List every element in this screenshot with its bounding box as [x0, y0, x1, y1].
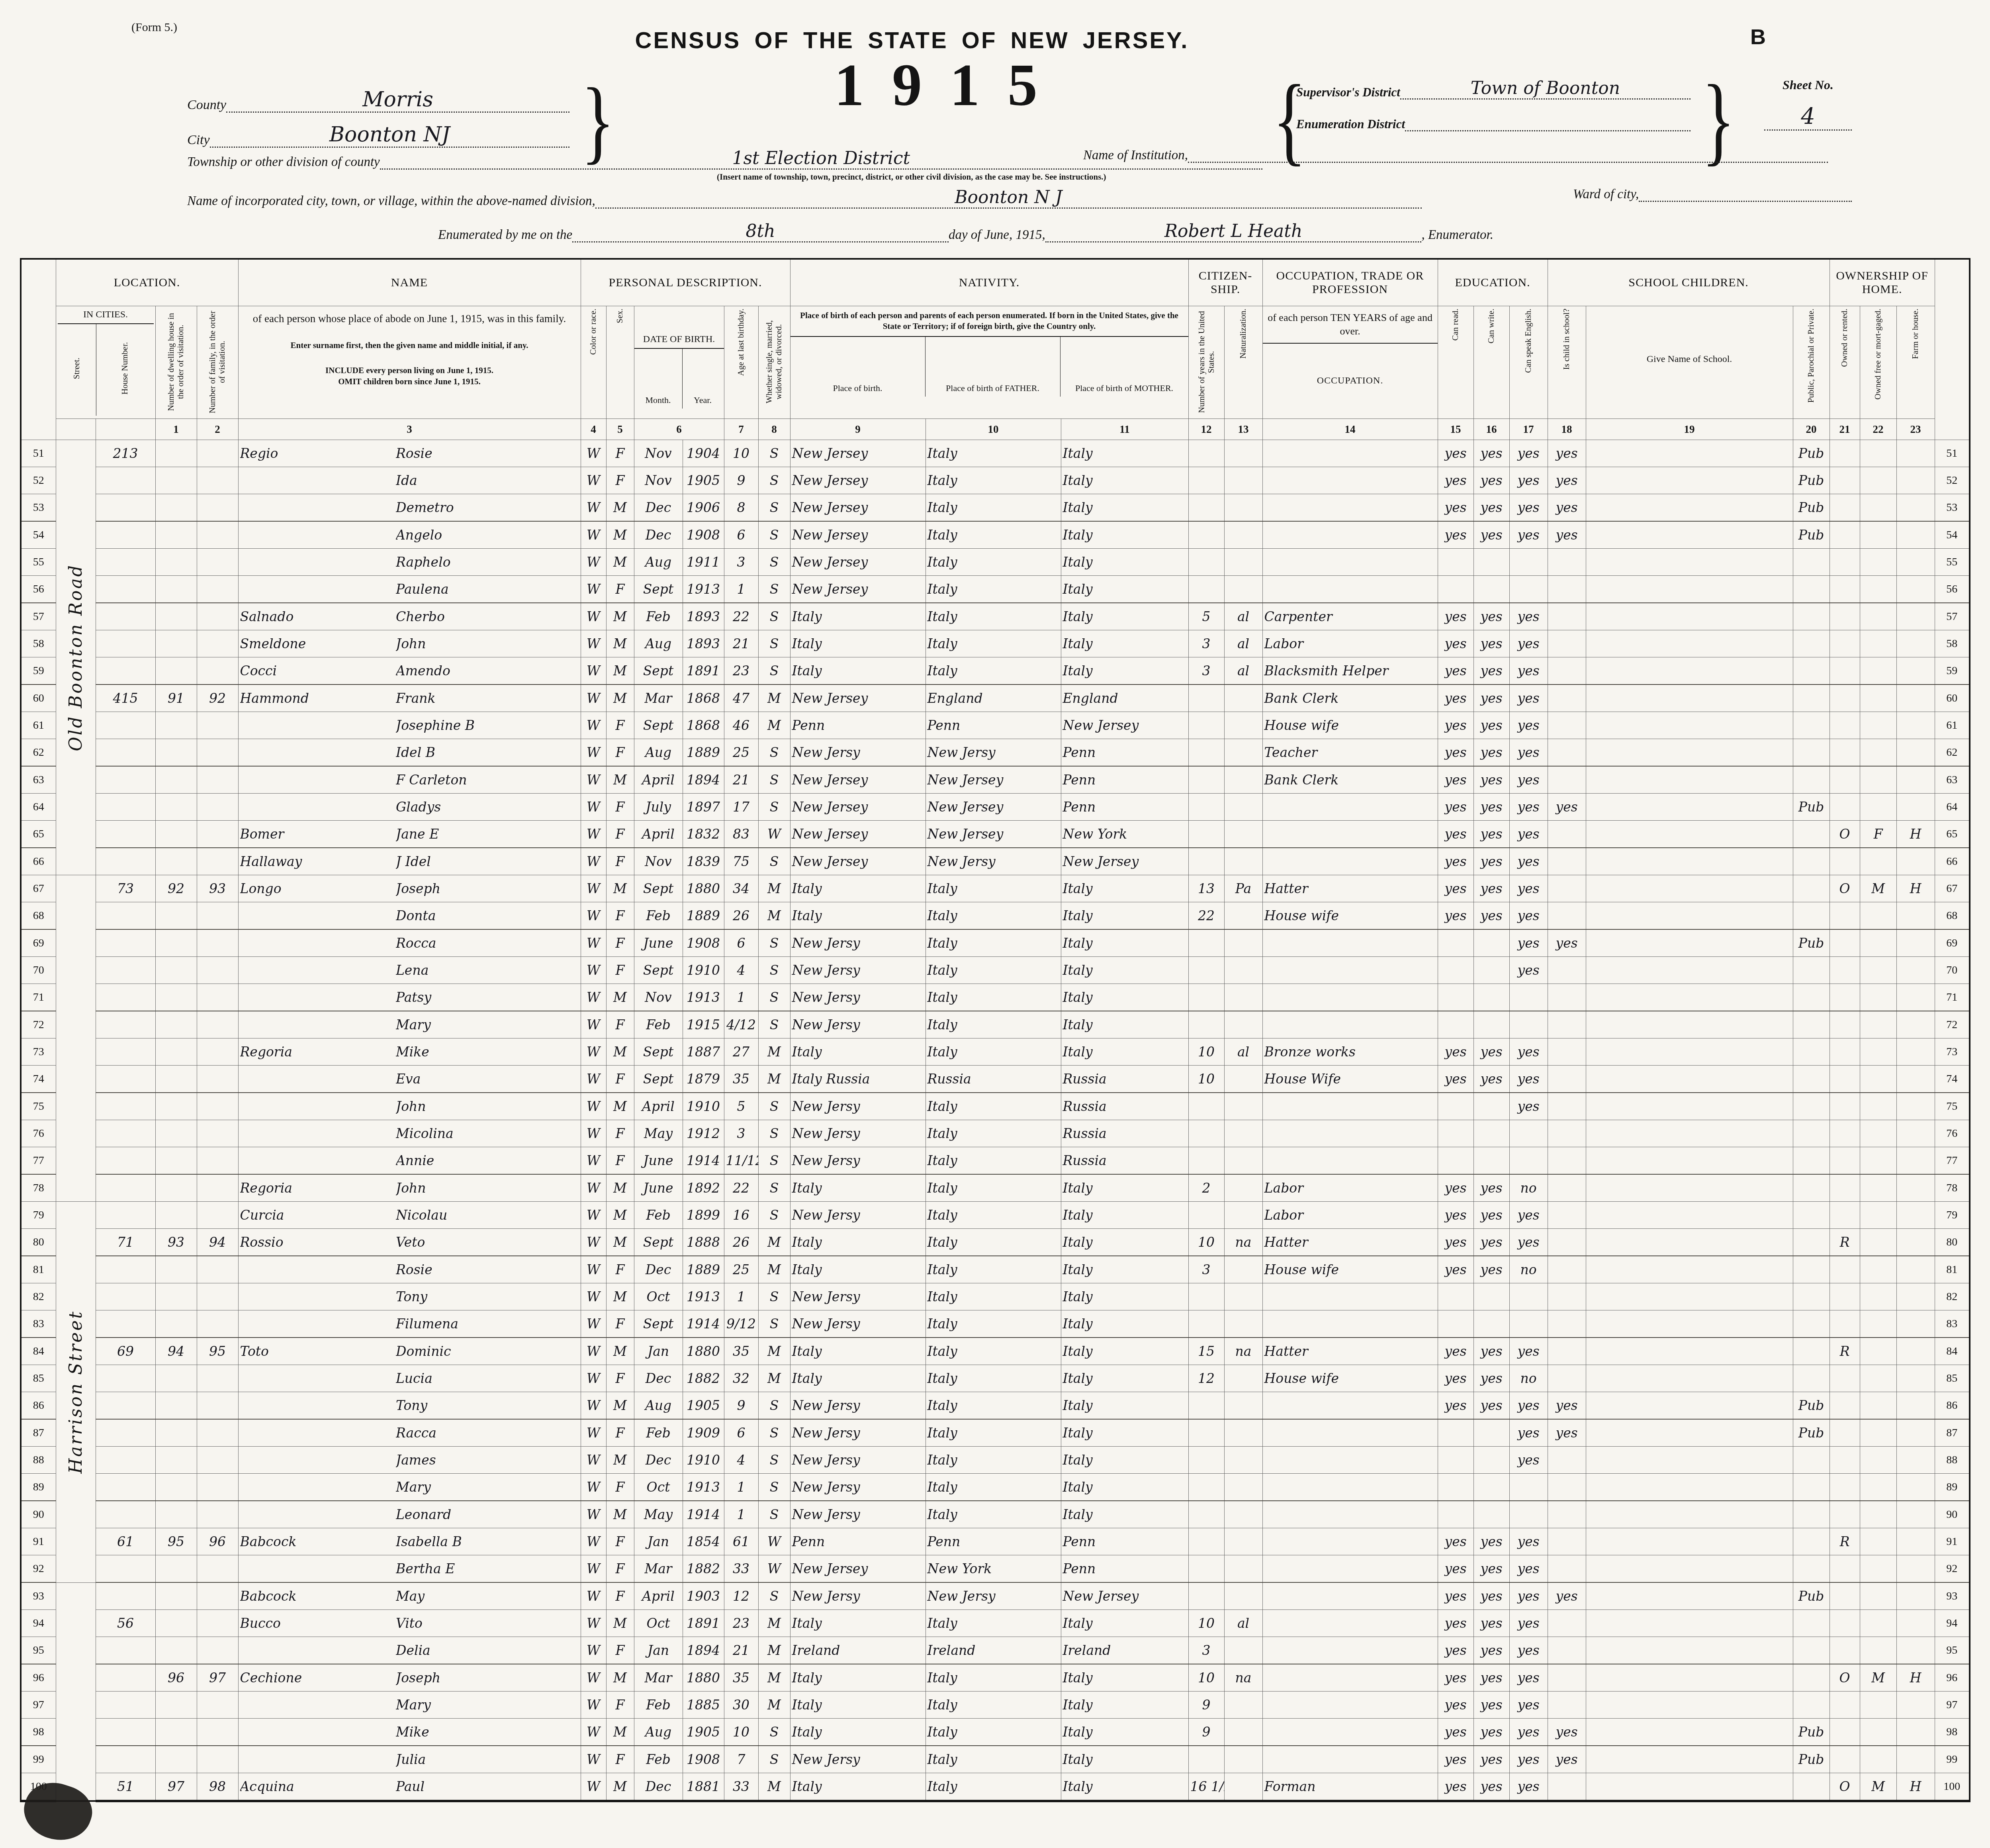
row-number-right: 92: [1935, 1555, 1970, 1583]
cell-mother-birthplace: Italy: [1061, 440, 1188, 467]
cell-farm-house: [1896, 1229, 1935, 1256]
cell-school-type: Pub: [1793, 1719, 1830, 1746]
row-number-right: 94: [1935, 1610, 1970, 1637]
cell-farm-house: [1896, 712, 1935, 739]
cell-sex: F: [606, 1528, 634, 1555]
cell-farm-house: [1896, 1637, 1935, 1664]
table-row: 57SalnadoCherboWMFeb189322SItalyItalyIta…: [21, 603, 1970, 630]
colnum-5: 5: [606, 419, 634, 440]
row-number-right: 51: [1935, 440, 1970, 467]
cell-place-of-birth: Italy: [790, 1256, 926, 1283]
cell-sex: M: [606, 1501, 634, 1528]
cell-mother-birthplace: Italy: [1061, 902, 1188, 930]
cell-mortgaged: [1860, 1447, 1896, 1474]
cell-can-write: [1473, 929, 1509, 957]
cell-naturalization: [1224, 1256, 1262, 1283]
cell-birth-year: 1894: [683, 1637, 724, 1664]
incorporated-line: Name of incorporated city, town, or vill…: [187, 187, 1422, 209]
cell-color-race: W: [581, 848, 606, 875]
cell-owned-rented: [1830, 1365, 1860, 1392]
cell-sex: F: [606, 1120, 634, 1147]
cell-birth-month: Feb: [634, 1011, 683, 1038]
cell-marital-status: M: [758, 875, 790, 902]
cell-can-write: [1473, 1120, 1509, 1147]
cell-mother-birthplace: Italy: [1061, 1392, 1188, 1420]
cell-birth-year: 1881: [683, 1773, 724, 1801]
table-row: 80719394RossioVetoWMSept188826MItalyItal…: [21, 1229, 1970, 1256]
cell-in-school: [1548, 1610, 1586, 1637]
cell-mother-birthplace: Italy: [1061, 549, 1188, 576]
cell-birth-year: 1839: [683, 848, 724, 875]
cell-father-birthplace: Italy: [926, 984, 1061, 1011]
cell-owned-rented: [1830, 576, 1860, 603]
row-number-left: 54: [21, 521, 56, 549]
cell-house-number: 61: [96, 1528, 155, 1555]
table-row: 56PaulenaWFSept19131SNew JerseyItalyItal…: [21, 576, 1970, 603]
cell-farm-house: [1896, 1174, 1935, 1202]
group-ownership: OWNERSHIP OF HOME.: [1830, 259, 1935, 306]
cell-years-in-us: [1188, 821, 1224, 848]
sheet-number-label: Sheet No.: [1764, 78, 1852, 92]
cell-mother-birthplace: Italy: [1061, 1719, 1188, 1746]
table-row: 87RaccaWFFeb19096SNew JersyItalyItalyyes…: [21, 1419, 1970, 1447]
cell-can-read: yes: [1438, 1338, 1473, 1365]
cell-birth-month: Dec: [634, 1365, 683, 1392]
cell-school-name: [1586, 1147, 1793, 1175]
cell-can-speak-english: yes: [1509, 630, 1548, 657]
cell-mortgaged: [1860, 712, 1896, 739]
cell-house-number: 73: [96, 875, 155, 902]
cell-name: LongoJoseph: [238, 875, 581, 902]
cell-birth-month: Feb: [634, 1419, 683, 1447]
cell-sex: M: [606, 657, 634, 685]
cell-can-read: yes: [1438, 1664, 1473, 1692]
cell-can-write: yes: [1473, 794, 1509, 821]
cell-can-write: [1473, 1474, 1509, 1501]
cell-school-type: [1793, 1447, 1830, 1474]
cell-marital-status: S: [758, 1120, 790, 1147]
cell-mother-birthplace: Penn: [1061, 794, 1188, 821]
cell-farm-house: [1896, 1338, 1935, 1365]
cell-father-birthplace: Italy: [926, 1256, 1061, 1283]
cell-birth-year: 1879: [683, 1066, 724, 1093]
cell-age: 11/12: [724, 1147, 758, 1175]
cell-father-birthplace: Italy: [926, 1202, 1061, 1229]
cell-birth-month: June: [634, 1147, 683, 1175]
cell-years-in-us: [1188, 766, 1224, 794]
cell-in-school: yes: [1548, 494, 1586, 522]
cell-naturalization: [1224, 684, 1262, 712]
cell-birth-year: 1908: [683, 929, 724, 957]
cell-can-write: yes: [1473, 1338, 1509, 1365]
cell-given-name: Nicolau: [396, 1207, 579, 1223]
cell-mother-birthplace: Penn: [1061, 739, 1188, 767]
cell-years-in-us: [1188, 929, 1224, 957]
cell-given-name: John: [396, 636, 579, 651]
cell-family-number: [197, 1719, 238, 1746]
cell-can-speak-english: [1509, 1120, 1548, 1147]
cell-father-birthplace: Italy: [926, 1011, 1061, 1038]
cell-birth-year: 1914: [683, 1501, 724, 1528]
page-title: CENSUS OF THE STATE OF NEW JERSEY.: [569, 27, 1254, 54]
cell-birth-month: Feb: [634, 603, 683, 630]
cell-house-number: [96, 1555, 155, 1583]
cell-naturalization: na: [1224, 1664, 1262, 1692]
enumerator-value: Robert L Heath: [1153, 221, 1314, 241]
cell-birth-year: 1906: [683, 494, 724, 522]
cell-marital-status: S: [758, 1392, 790, 1420]
cell-name: Mary: [238, 1474, 581, 1501]
cell-school-name: [1586, 1419, 1793, 1447]
cell-years-in-us: [1188, 1474, 1224, 1501]
cell-father-birthplace: New Jersey: [926, 794, 1061, 821]
cell-sex: M: [606, 875, 634, 902]
cell-place-of-birth: New Jersy: [790, 957, 926, 984]
row-number-right: 73: [1935, 1038, 1970, 1066]
cell-birth-month: Feb: [634, 1692, 683, 1719]
cell-farm-house: [1896, 1202, 1935, 1229]
cell-school-name: [1586, 467, 1793, 494]
cell-can-write: yes: [1473, 1719, 1509, 1746]
cell-dwelling-number: 93: [155, 1229, 197, 1256]
cell-dwelling-number: [155, 712, 197, 739]
cell-can-speak-english: yes: [1509, 875, 1548, 902]
cell-school-type: [1793, 1038, 1830, 1066]
header-place-of-birth-father: Place of birth of FATHER.: [925, 337, 1060, 397]
cell-family-number: [197, 1610, 238, 1637]
cell-naturalization: na: [1224, 1338, 1262, 1365]
cell-age: 5: [724, 1093, 758, 1120]
cell-can-write: yes: [1473, 902, 1509, 930]
cell-mortgaged: [1860, 1692, 1896, 1719]
cell-can-speak-english: no: [1509, 1174, 1548, 1202]
cell-dwelling-number: [155, 1692, 197, 1719]
cell-street: [56, 875, 96, 1202]
group-school-children: SCHOOL CHILDREN.: [1548, 259, 1830, 306]
cell-owned-rented: [1830, 1202, 1860, 1229]
cell-family-number: [197, 521, 238, 549]
cell-family-number: [197, 1147, 238, 1175]
row-number-left: 83: [21, 1310, 56, 1338]
cell-sex: F: [606, 1066, 634, 1093]
cell-age: 25: [724, 739, 758, 767]
cell-dwelling-number: [155, 1011, 197, 1038]
cell-mother-birthplace: Italy: [1061, 875, 1188, 902]
cell-farm-house: [1896, 929, 1935, 957]
cell-surname: Smeldone: [240, 636, 396, 651]
header-marital-status: Whether single, married, widowed, or div…: [758, 306, 790, 419]
cell-can-read: yes: [1438, 494, 1473, 522]
row-number-right: 53: [1935, 494, 1970, 522]
cell-birth-year: 1889: [683, 739, 724, 767]
cell-mother-birthplace: New Jersey: [1061, 712, 1188, 739]
cell-school-type: Pub: [1793, 929, 1830, 957]
cell-can-speak-english: yes: [1509, 957, 1548, 984]
cell-farm-house: [1896, 766, 1935, 794]
cell-can-read: yes: [1438, 1692, 1473, 1719]
cell-age: 10: [724, 440, 758, 467]
cell-family-number: [197, 1501, 238, 1528]
cell-sex: F: [606, 1147, 634, 1175]
cell-family-number: 96: [197, 1528, 238, 1555]
cell-naturalization: [1224, 1066, 1262, 1093]
row-number-right: 87: [1935, 1419, 1970, 1447]
cell-dwelling-number: [155, 1419, 197, 1447]
row-number-right: 58: [1935, 630, 1970, 657]
cell-birth-month: April: [634, 766, 683, 794]
cell-age: 1: [724, 1501, 758, 1528]
cell-mortgaged: M: [1860, 1773, 1896, 1801]
cell-age: 34: [724, 875, 758, 902]
institution-field: [1188, 158, 1828, 163]
cell-years-in-us: [1188, 1447, 1224, 1474]
cell-given-name: Veto: [396, 1234, 579, 1250]
cell-birth-month: Sept: [634, 875, 683, 902]
cell-school-type: [1793, 1310, 1830, 1338]
cell-birth-month: Dec: [634, 1447, 683, 1474]
cell-years-in-us: 2: [1188, 1174, 1224, 1202]
cell-birth-month: April: [634, 1582, 683, 1610]
cell-father-birthplace: Italy: [926, 875, 1061, 902]
cell-can-write: [1473, 1447, 1509, 1474]
cell-in-school: [1548, 1528, 1586, 1555]
cell-naturalization: [1224, 1283, 1262, 1310]
row-number-left: 66: [21, 848, 56, 875]
cell-birth-month: Dec: [634, 1256, 683, 1283]
cell-occupation: [1262, 1147, 1438, 1175]
cell-birth-year: 1889: [683, 1256, 724, 1283]
cell-mortgaged: [1860, 984, 1896, 1011]
cell-occupation: [1262, 794, 1438, 821]
cell-owned-rented: [1830, 1174, 1860, 1202]
cell-mother-birthplace: Italy: [1061, 494, 1188, 522]
cell-in-school: [1548, 1773, 1586, 1801]
cell-name: RossioVeto: [238, 1229, 581, 1256]
cell-school-type: [1793, 1501, 1830, 1528]
table-row: 65BomerJane EWFApril183283WNew JerseyNew…: [21, 821, 1970, 848]
row-number-right: 61: [1935, 712, 1970, 739]
cell-sex: M: [606, 1610, 634, 1637]
cell-farm-house: [1896, 1310, 1935, 1338]
table-row: 78RegoriaJohnWMJune189222SItalyItalyItal…: [21, 1174, 1970, 1202]
cell-can-speak-english: yes: [1509, 494, 1548, 522]
table-row: 92Bertha EWFMar188233WNew JerseyNew York…: [21, 1555, 1970, 1583]
cell-dwelling-number: [155, 494, 197, 522]
cell-birth-month: Sept: [634, 576, 683, 603]
cell-can-speak-english: yes: [1509, 1610, 1548, 1637]
cell-name: BuccoVito: [238, 1610, 581, 1637]
row-number-left: 84: [21, 1338, 56, 1365]
cell-school-name: [1586, 1310, 1793, 1338]
cell-years-in-us: [1188, 1582, 1224, 1610]
cell-owned-rented: [1830, 467, 1860, 494]
cell-can-speak-english: yes: [1509, 1447, 1548, 1474]
cell-place-of-birth: New Jersy: [790, 1474, 926, 1501]
cell-birth-month: Oct: [634, 1283, 683, 1310]
colnum-20: 20: [1793, 419, 1830, 440]
cell-occupation: Bank Clerk: [1262, 684, 1438, 712]
cell-name: SalnadoCherbo: [238, 603, 581, 630]
header-dwelling-number: Number of dwelling house in the order of…: [155, 306, 197, 419]
row-number-left: 95: [21, 1637, 56, 1664]
cell-birth-year: 1911: [683, 549, 724, 576]
cell-mortgaged: [1860, 929, 1896, 957]
cell-house-number: [96, 1474, 155, 1501]
row-number-right: 81: [1935, 1256, 1970, 1283]
cell-farm-house: [1896, 494, 1935, 522]
cell-birth-year: 1914: [683, 1147, 724, 1175]
cell-marital-status: S: [758, 1310, 790, 1338]
cell-can-speak-english: yes: [1509, 1637, 1548, 1664]
cell-owned-rented: [1830, 630, 1860, 657]
cell-father-birthplace: New Jersy: [926, 739, 1061, 767]
cell-can-read: [1438, 1283, 1473, 1310]
cell-house-number: [96, 848, 155, 875]
cell-surname: Babcock: [240, 1534, 396, 1549]
table-row: 77AnnieWFJune191411/12SNew JersyItalyRus…: [21, 1147, 1970, 1175]
cell-family-number: [197, 440, 238, 467]
cell-years-in-us: [1188, 1093, 1224, 1120]
cell-farm-house: [1896, 1038, 1935, 1066]
cell-mortgaged: [1860, 1120, 1896, 1147]
cell-in-school: [1548, 1474, 1586, 1501]
cell-place-of-birth: New Jersy: [790, 1147, 926, 1175]
cell-marital-status: S: [758, 1447, 790, 1474]
cell-place-of-birth: Italy: [790, 1773, 926, 1801]
cell-house-number: [96, 984, 155, 1011]
cell-father-birthplace: Italy: [926, 467, 1061, 494]
cell-in-school: yes: [1548, 1719, 1586, 1746]
colnum-11: 11: [1061, 419, 1188, 440]
cell-can-write: yes: [1473, 1582, 1509, 1610]
cell-can-write: [1473, 1419, 1509, 1447]
cell-birth-month: April: [634, 1093, 683, 1120]
cell-house-number: 71: [96, 1229, 155, 1256]
sheet-number-value: 4: [1764, 104, 1852, 131]
cell-dwelling-number: [155, 630, 197, 657]
cell-birth-month: May: [634, 1501, 683, 1528]
cell-place-of-birth: New Jersey: [790, 521, 926, 549]
row-number-right: 90: [1935, 1501, 1970, 1528]
table-row: 61Josephine BWFSept186846MPennPennNew Je…: [21, 712, 1970, 739]
cell-color-race: W: [581, 1392, 606, 1420]
cell-house-number: [96, 657, 155, 685]
cell-birth-month: Nov: [634, 848, 683, 875]
cell-naturalization: [1224, 1147, 1262, 1175]
cell-farm-house: [1896, 1501, 1935, 1528]
cell-house-number: [96, 1283, 155, 1310]
cell-birth-month: Feb: [634, 1202, 683, 1229]
header-owned-rented: Owned or rented.: [1830, 306, 1860, 419]
cell-farm-house: [1896, 902, 1935, 930]
cell-school-type: [1793, 1610, 1830, 1637]
cell-marital-status: S: [758, 1719, 790, 1746]
cell-dwelling-number: [155, 1093, 197, 1120]
cell-can-write: yes: [1473, 1692, 1509, 1719]
table-row: 79Harrison StreetCurciaNicolauWMFeb18991…: [21, 1202, 1970, 1229]
cell-years-in-us: 16 1/2: [1188, 1773, 1224, 1801]
cell-occupation: [1262, 1310, 1438, 1338]
row-number-left: 76: [21, 1120, 56, 1147]
row-number-left: 70: [21, 957, 56, 984]
row-number-right: 86: [1935, 1392, 1970, 1420]
cell-can-write: [1473, 1011, 1509, 1038]
cell-name: BabcockMay: [238, 1582, 581, 1610]
table-row: 81RosieWFDec188925MItalyItalyItaly3House…: [21, 1256, 1970, 1283]
cell-place-of-birth: New Jersy: [790, 1283, 926, 1310]
cell-house-number: [96, 1419, 155, 1447]
cell-name: AcquinaPaul: [238, 1773, 581, 1801]
cell-color-race: W: [581, 957, 606, 984]
cell-naturalization: al: [1224, 603, 1262, 630]
cell-owned-rented: [1830, 1582, 1860, 1610]
cell-can-speak-english: yes: [1509, 794, 1548, 821]
cell-birth-year: 1909: [683, 1419, 724, 1447]
cell-can-write: yes: [1473, 603, 1509, 630]
cell-owned-rented: [1830, 794, 1860, 821]
cell-owned-rented: [1830, 1283, 1860, 1310]
cell-age: 47: [724, 684, 758, 712]
cell-given-name: Tony: [396, 1289, 579, 1304]
cell-can-speak-english: yes: [1509, 521, 1548, 549]
cell-marital-status: S: [758, 549, 790, 576]
cell-color-race: W: [581, 684, 606, 712]
cell-occupation: [1262, 1746, 1438, 1773]
cell-mortgaged: [1860, 1066, 1896, 1093]
cell-can-speak-english: [1509, 1283, 1548, 1310]
cell-mortgaged: M: [1860, 1664, 1896, 1692]
cell-color-race: W: [581, 1773, 606, 1801]
cell-name: Mary: [238, 1011, 581, 1038]
cell-owned-rented: R: [1830, 1229, 1860, 1256]
cell-birth-year: 1915: [683, 1011, 724, 1038]
cell-in-school: yes: [1548, 521, 1586, 549]
row-number-right: 98: [1935, 1719, 1970, 1746]
cell-family-number: [197, 467, 238, 494]
cell-school-type: [1793, 1066, 1830, 1093]
cell-owned-rented: R: [1830, 1528, 1860, 1555]
cell-color-race: W: [581, 549, 606, 576]
cell-can-write: [1473, 1283, 1509, 1310]
cell-occupation: Hatter: [1262, 1338, 1438, 1365]
cell-color-race: W: [581, 576, 606, 603]
cell-can-read: [1438, 1310, 1473, 1338]
cell-can-read: yes: [1438, 684, 1473, 712]
cell-owned-rented: [1830, 766, 1860, 794]
cell-can-read: [1438, 549, 1473, 576]
cell-father-birthplace: Italy: [926, 1147, 1061, 1175]
cell-place-of-birth: Italy: [790, 1719, 926, 1746]
cell-color-race: W: [581, 1229, 606, 1256]
supervisor-value: Town of Boonton: [1471, 78, 1620, 98]
row-number-right: 67: [1935, 875, 1970, 902]
cell-school-type: Pub: [1793, 794, 1830, 821]
cell-in-school: [1548, 1038, 1586, 1066]
cell-can-read: yes: [1438, 1528, 1473, 1555]
cell-family-number: [197, 739, 238, 767]
group-name: NAME: [238, 259, 581, 306]
cell-family-number: 93: [197, 875, 238, 902]
cell-school-name: [1586, 1637, 1793, 1664]
cell-can-write: yes: [1473, 821, 1509, 848]
cell-father-birthplace: New York: [926, 1555, 1061, 1583]
cell-occupation: [1262, 1692, 1438, 1719]
cell-occupation: [1262, 1447, 1438, 1474]
header-can-write: Can write.: [1473, 306, 1509, 419]
row-number-right: 83: [1935, 1310, 1970, 1338]
cell-sex: M: [606, 494, 634, 522]
cell-farm-house: [1896, 1474, 1935, 1501]
